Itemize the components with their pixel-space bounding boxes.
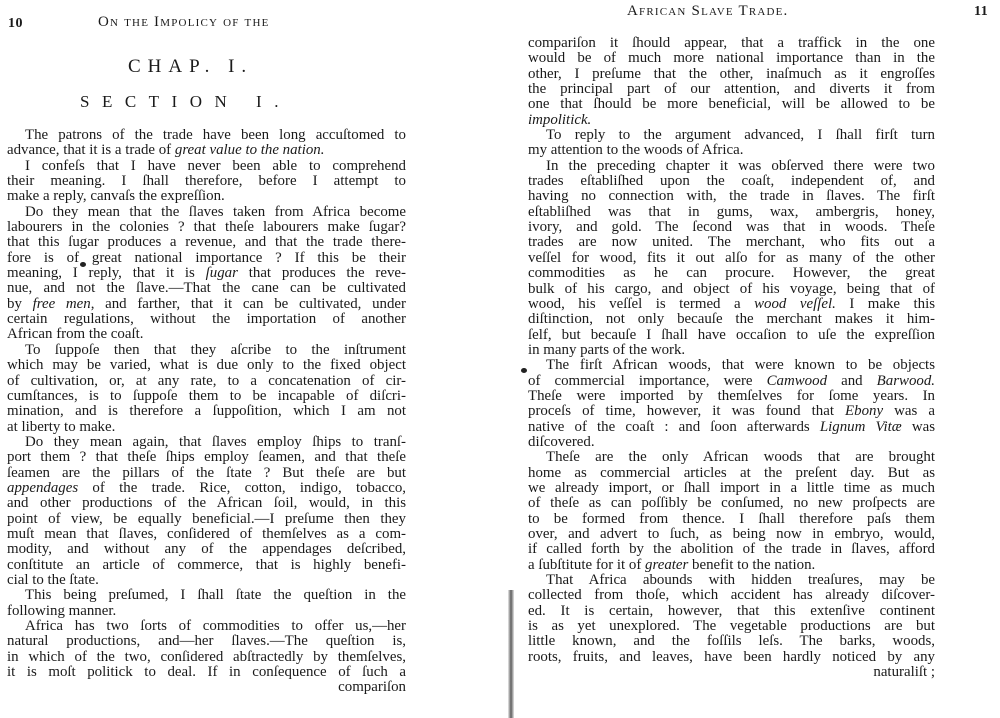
text-line: port them ? that theſe ſhips employ ſeam… <box>7 450 406 465</box>
text-line: which may be varied, what is due only to… <box>7 358 406 373</box>
left-page: 10 On the Impolicy of the CHAP. I. SECTI… <box>0 0 500 718</box>
text-line: To reply to the argument advanced, I ſha… <box>528 128 935 143</box>
body-text: compariſon it ſhould appear, that a traf… <box>528 36 935 680</box>
text-line: impolitick. <box>528 113 935 128</box>
section-heading: SECTION I. <box>80 92 291 112</box>
text-line: This being preſumed, I ſhall ſtate the q… <box>7 588 406 603</box>
text-line: veſſel for wood, fits it out alſo for as… <box>528 251 935 266</box>
italic-phrase: Lignum Vitæ <box>820 419 902 435</box>
text-line: the principal part of our attention, and… <box>528 82 935 97</box>
italic-phrase: Barwood. <box>877 373 935 389</box>
italic-phrase: appendages <box>7 480 78 496</box>
text-line: native of the coaſt : and ſoon afterward… <box>528 420 935 435</box>
text-line: of commercial importance, were Camwood a… <box>528 374 935 389</box>
running-head: On the Impolicy of the <box>98 14 270 31</box>
text-line: make a reply, canvaſs the expreſſion. <box>7 189 406 204</box>
text-line: African from the coaſt. <box>7 327 406 342</box>
italic-phrase: great value to the nation. <box>175 142 325 158</box>
text-line: that this ſugar produces a revenue, and … <box>7 235 406 250</box>
ink-speck <box>80 262 86 267</box>
chapter-heading: CHAP. I. <box>128 56 253 78</box>
text-line: eſtabliſhed was that in gums, wax, amber… <box>528 205 935 220</box>
text-line: it is moſt politick to deal. If in conſe… <box>7 665 406 680</box>
text-line: advance, that it is a trade of great val… <box>7 143 406 158</box>
text-line: meaning, I reply, that it is ſugar that … <box>7 266 406 281</box>
page-number: 11 <box>974 4 988 20</box>
text-line: is as yet unexplored. The vegetable prod… <box>528 619 935 634</box>
text-line: home as commercial articles at the preſe… <box>528 466 935 481</box>
ink-speck <box>521 368 527 373</box>
text-line: trades are now united. The merchant, who… <box>528 235 935 250</box>
text-line: nue, and not the ſlave.—That the cane ca… <box>7 281 406 296</box>
text-line: of theſe as can poſſibly be conſumed, no… <box>528 496 935 511</box>
text-line: In the preceding chapter it was obſerved… <box>528 159 935 174</box>
text-line: Africa has two ſorts of commodities to o… <box>7 619 406 634</box>
text-line: appendages of the trade. Rice, cotton, i… <box>7 481 406 496</box>
text-line: diſtinction, not only becauſe the mercha… <box>528 312 935 327</box>
gutter-shadow <box>508 590 514 718</box>
text-line: having no connection with, the trade in … <box>528 189 935 204</box>
text-line: That Africa abounds with hidden treaſure… <box>528 573 935 588</box>
text-line: my attention to the woods of Africa. <box>528 143 935 158</box>
italic-phrase: free men <box>33 296 91 312</box>
text-line: other, I preſume that the other, inaſmuc… <box>528 67 935 82</box>
text-line: Do they mean that the ſlaves taken from … <box>7 205 406 220</box>
text-line: and other productions of the African ſoi… <box>7 496 406 511</box>
text-line: ivory, and gold. The ſecond was that in … <box>528 220 935 235</box>
text-line: trades eſtabliſhed upon the coaſt, indep… <box>528 174 935 189</box>
text-line: certain regulations, without the importa… <box>7 312 406 327</box>
text-line: would be of much more national importanc… <box>528 51 935 66</box>
right-page: African Slave Trade. 11 compariſon it ſh… <box>500 0 1000 718</box>
text-line: Theſe were imported by themſelves for ſo… <box>528 389 935 404</box>
text-line: their meaning. I ſhall therefore, before… <box>7 174 406 189</box>
text-line: point of view, be equally beneficial.—I … <box>7 512 406 527</box>
text-line: The firſt African woods, that were known… <box>528 358 935 373</box>
italic-phrase: impolitick. <box>528 112 591 128</box>
body-text: The patrons of the trade have been long … <box>7 128 406 696</box>
text-line: one that ſhould be more beneficial, will… <box>528 97 935 112</box>
text-line: if called forth by the abolition of the … <box>528 542 935 557</box>
text-line: little known, and the foſſils leſs. The … <box>528 634 935 649</box>
book-spread: 10 On the Impolicy of the CHAP. I. SECTI… <box>0 0 1000 718</box>
italic-phrase: ſugar <box>206 265 238 281</box>
text-line: ſeamen are the pillars of the ſtate ? Bu… <box>7 466 406 481</box>
text-line: we already import, or ſhall import in a … <box>528 481 935 496</box>
text-line: The patrons of the trade have been long … <box>7 128 406 143</box>
text-line: following manner. <box>7 604 406 619</box>
text-line: proceſs of time, however, it was found t… <box>528 404 935 419</box>
text-line: by free men, and farther, that it can be… <box>7 297 406 312</box>
text-line: conſtitute an article of commerce, that … <box>7 558 406 573</box>
italic-phrase: Ebony <box>845 403 883 419</box>
catchword: naturaliſt ; <box>528 665 935 680</box>
text-line: muſt mean that ſlaves, conſidered of the… <box>7 527 406 542</box>
text-line: ſelf, but becauſe I ſhall have occaſion … <box>528 328 935 343</box>
text-line: collected from thoſe, which accident has… <box>528 588 935 603</box>
page-number: 10 <box>8 16 23 32</box>
text-line: mination, and is therefore a ſuppoſition… <box>7 404 406 419</box>
text-line: commodities as he can procure. However, … <box>528 266 935 281</box>
text-line: in which of the two, conſidered abſtract… <box>7 650 406 665</box>
text-line: compariſon it ſhould appear, that a traf… <box>528 36 935 51</box>
running-head: African Slave Trade. <box>627 3 789 20</box>
text-line: roots, fruits, and leaves, have been har… <box>528 650 935 665</box>
text-line: a ſubſtitute for it of greater benefit t… <box>528 558 935 573</box>
text-line: fore is of great national importance ? I… <box>7 251 406 266</box>
text-line: To ſuppoſe then that they aſcribe to the… <box>7 343 406 358</box>
text-line: natural productions, and—her ſlaves.—The… <box>7 634 406 649</box>
italic-phrase: Camwood <box>767 373 827 389</box>
text-line: cumſtances, is to ſuppoſe them to be inc… <box>7 389 406 404</box>
text-line: Do they mean again, that ſlaves employ ſ… <box>7 435 406 450</box>
text-line: cial to the ſtate. <box>7 573 406 588</box>
text-line: in many parts of the work. <box>528 343 935 358</box>
text-line: over, and advert to ſuch, as being now i… <box>528 527 935 542</box>
text-line: ed. It is certain, however, that this ex… <box>528 604 935 619</box>
text-line: modity, and without any of the appendage… <box>7 542 406 557</box>
italic-phrase: greater <box>645 557 688 573</box>
text-line: I confeſs that I have never been able to… <box>7 159 406 174</box>
text-line: of cultivation, or, at any rate, to a co… <box>7 374 406 389</box>
text-line: wood, his veſſel is termed a wood veſſel… <box>528 297 935 312</box>
catchword: compariſon <box>7 680 406 695</box>
text-line: diſcovered. <box>528 435 935 450</box>
italic-phrase: wood veſſel. <box>754 296 836 312</box>
text-line: bulk of his cargo, and object of his voy… <box>528 282 935 297</box>
text-line: to be formed from thence. I ſhall theref… <box>528 512 935 527</box>
text-line: Theſe are the only African woods that ar… <box>528 450 935 465</box>
text-line: labourers in the colonies ? that theſe l… <box>7 220 406 235</box>
text-line: at liberty to make. <box>7 420 406 435</box>
